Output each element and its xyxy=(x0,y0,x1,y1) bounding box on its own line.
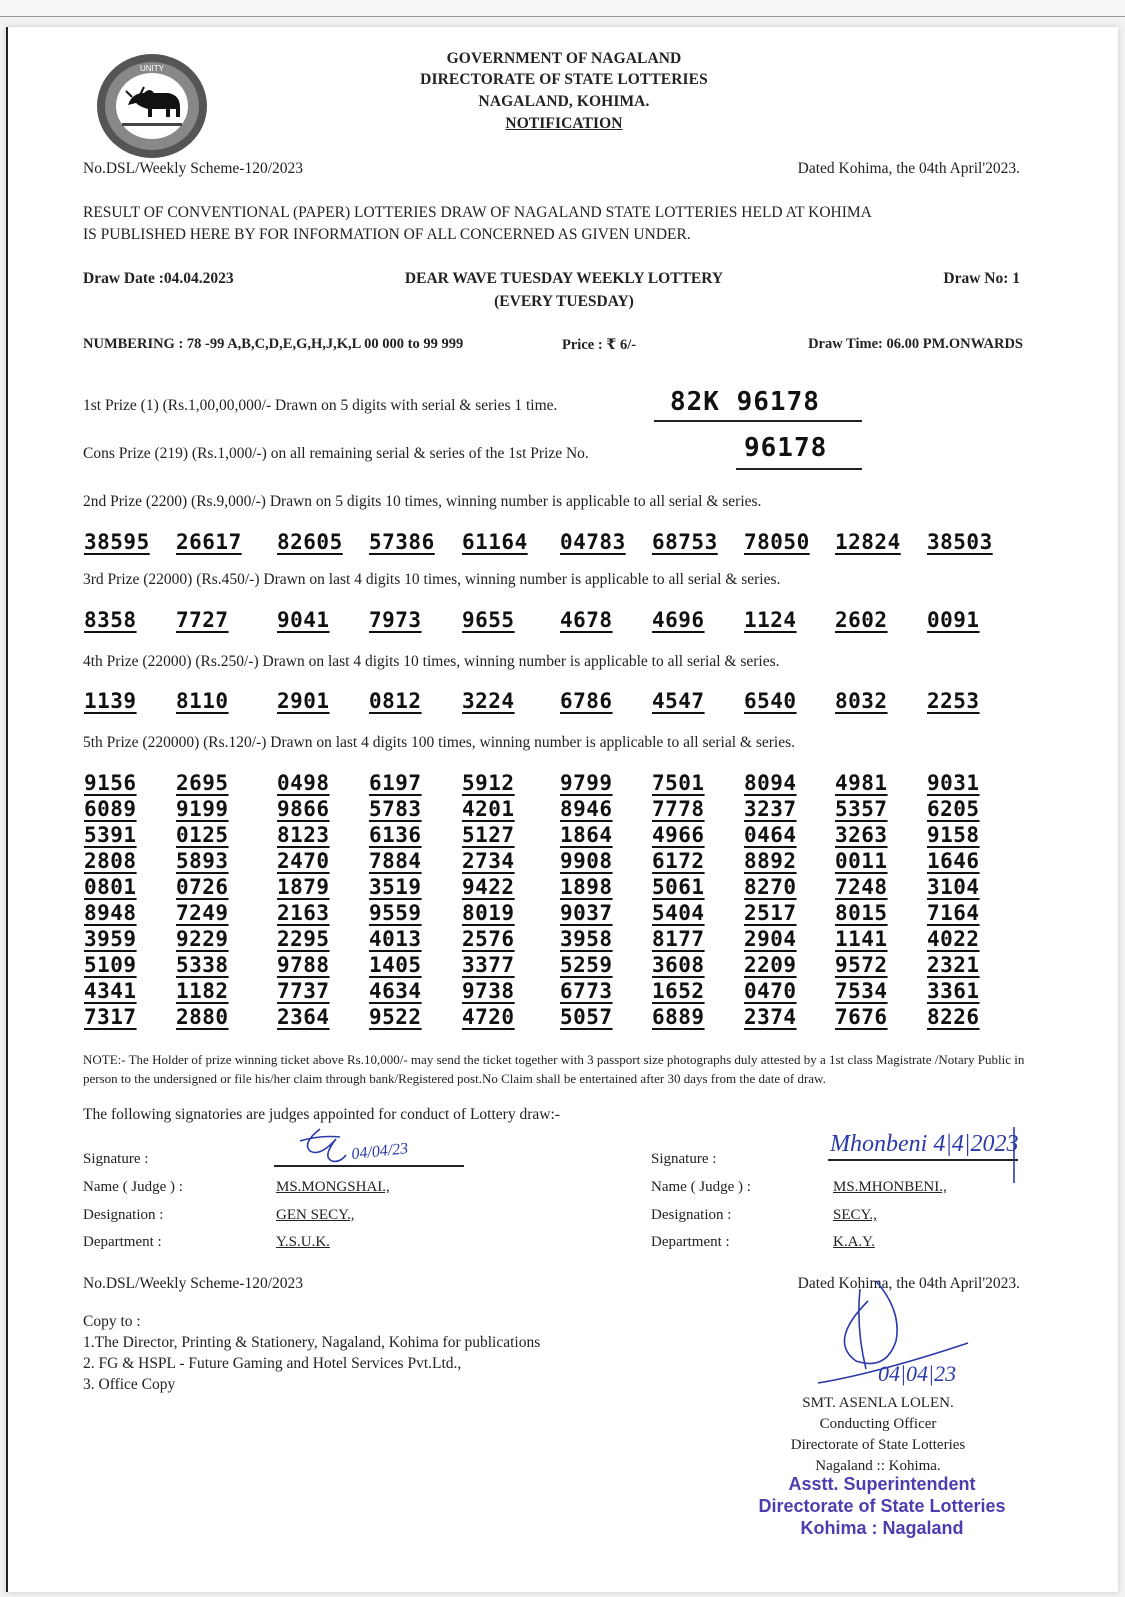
stamp-line-2: Directorate of State Lotteries xyxy=(722,1495,1042,1517)
cons-prize-underline xyxy=(736,468,862,470)
winning-number: 9158 xyxy=(927,823,980,847)
winning-number: 7501 xyxy=(652,771,705,795)
winning-number: 8110 xyxy=(176,689,229,713)
winning-number: 8226 xyxy=(927,1005,980,1029)
winning-number: 2253 xyxy=(927,689,980,713)
second-prize-numbers: 3859526617826055738661164047836875378050… xyxy=(84,530,1084,556)
fifth-prize-row: 3959922922954013257639588177290411414022 xyxy=(84,927,1084,953)
judge-1-name-label: Name ( Judge ) : xyxy=(83,1179,183,1196)
winning-number: 0801 xyxy=(84,875,137,899)
winning-number: 4022 xyxy=(927,927,980,951)
winning-number: 9738 xyxy=(462,979,515,1003)
winning-number: 1646 xyxy=(927,849,980,873)
winning-number: 8358 xyxy=(84,608,137,632)
winning-number: 2364 xyxy=(277,1005,330,1029)
second-prize-label: 2nd Prize (2200) (Rs.9,000/-) Drawn on 5… xyxy=(83,493,761,511)
judge-1-department-label: Department : xyxy=(83,1234,162,1251)
winning-number: 7727 xyxy=(176,608,229,632)
notification-document: UNITY GOVERNMENT OF NAGALAND DIRECTORATE… xyxy=(6,27,1118,1592)
winning-number: 4201 xyxy=(462,797,515,821)
judge-1-department: Y.S.U.K. xyxy=(276,1234,330,1251)
header-notification: NOTIFICATION xyxy=(8,115,1120,133)
reference-number: No.DSL/Weekly Scheme-120/2023 xyxy=(83,160,303,178)
winning-number: 2470 xyxy=(277,849,330,873)
winning-number: 5061 xyxy=(652,875,705,899)
winning-number: 2209 xyxy=(744,953,797,977)
winning-number: 6197 xyxy=(369,771,422,795)
fifth-prize-row: 5109533897881405337752593608220995722321 xyxy=(84,953,1084,979)
winning-number: 2734 xyxy=(462,849,515,873)
copy-to-item-3: 3. Office Copy xyxy=(83,1376,175,1394)
winning-number: 3263 xyxy=(835,823,888,847)
winning-number: 9866 xyxy=(277,797,330,821)
winning-number: 9229 xyxy=(176,927,229,951)
winning-number: 9156 xyxy=(84,771,137,795)
fifth-prize-row: 2808589324707884273499086172889200111646 xyxy=(84,849,1084,875)
winning-number: 2695 xyxy=(176,771,229,795)
officer-title: Conducting Officer xyxy=(748,1414,1008,1435)
winning-number: 7249 xyxy=(176,901,229,925)
winning-number: 2808 xyxy=(84,849,137,873)
winning-number: 5127 xyxy=(462,823,515,847)
winning-number: 9799 xyxy=(560,771,613,795)
winning-number: 26617 xyxy=(176,530,242,554)
winning-number: 7884 xyxy=(369,849,422,873)
footer-reference-number: No.DSL/Weekly Scheme-120/2023 xyxy=(83,1275,303,1293)
judge-2-department-label: Department : xyxy=(651,1234,730,1251)
winning-number: 4981 xyxy=(835,771,888,795)
winning-number: 4013 xyxy=(369,927,422,951)
fourth-prize-numbers: 1139811029010812322467864547654080322253 xyxy=(84,689,1084,715)
winning-number: 6089 xyxy=(84,797,137,821)
winning-number: 9572 xyxy=(835,953,888,977)
winning-number: 6172 xyxy=(652,849,705,873)
winning-number: 57386 xyxy=(369,530,435,554)
winning-number: 4678 xyxy=(560,608,613,632)
winning-number: 82605 xyxy=(277,530,343,554)
winning-number: 6773 xyxy=(560,979,613,1003)
winning-number: 12824 xyxy=(835,530,901,554)
winning-number: 2602 xyxy=(835,608,888,632)
winning-number: 1405 xyxy=(369,953,422,977)
intro-line-2: IS PUBLISHED HERE BY FOR INFORMATION OF … xyxy=(83,226,691,244)
winning-number: 38503 xyxy=(927,530,993,554)
winning-number: 68753 xyxy=(652,530,718,554)
winning-number: 2163 xyxy=(277,901,330,925)
winning-number: 9041 xyxy=(277,608,330,632)
judge-2-name-label: Name ( Judge ) : xyxy=(651,1179,751,1196)
winning-number: 4634 xyxy=(369,979,422,1003)
officer-signature: 04|04|23 xyxy=(808,1271,1008,1411)
winning-number: 4341 xyxy=(84,979,137,1003)
winning-number: 2321 xyxy=(927,953,980,977)
winning-number: 1879 xyxy=(277,875,330,899)
winning-number: 9908 xyxy=(560,849,613,873)
winning-number: 5109 xyxy=(84,953,137,977)
winning-number: 04783 xyxy=(560,530,626,554)
winning-number: 8032 xyxy=(835,689,888,713)
winning-number: 0498 xyxy=(277,771,330,795)
fifth-prize-row: 7317288023649522472050576889237476768226 xyxy=(84,1005,1084,1031)
cons-prize-label: Cons Prize (219) (Rs.1,000/-) on all rem… xyxy=(83,445,589,463)
winning-number: 3104 xyxy=(927,875,980,899)
winning-number: 2517 xyxy=(744,901,797,925)
winning-number: 38595 xyxy=(84,530,150,554)
winning-number: 3377 xyxy=(462,953,515,977)
fifth-prize-row: 8948724921639559801990375404251780157164 xyxy=(84,901,1084,927)
winning-number: 7973 xyxy=(369,608,422,632)
winning-number: 3519 xyxy=(369,875,422,899)
first-prize-underline xyxy=(654,420,862,422)
judge-1-designation: GEN SECY., xyxy=(276,1207,355,1224)
fourth-prize-label: 4th Prize (22000) (Rs.250/-) Drawn on la… xyxy=(83,653,780,671)
winning-number: 8177 xyxy=(652,927,705,951)
third-prize-numbers: 8358772790417973965546784696112426020091 xyxy=(84,608,1084,634)
official-stamp: Asstt. Superintendent Directorate of Sta… xyxy=(722,1473,1042,1539)
winning-number: 9788 xyxy=(277,953,330,977)
winning-number: 3361 xyxy=(927,979,980,1003)
judge-2-signature-label: Signature : xyxy=(651,1151,716,1168)
winning-number: 3224 xyxy=(462,689,515,713)
winning-number: 1898 xyxy=(560,875,613,899)
winning-number: 0091 xyxy=(927,608,980,632)
header-location: NAGALAND, KOHIMA. xyxy=(8,93,1120,111)
winning-number: 8270 xyxy=(744,875,797,899)
numbering-range: NUMBERING : 78 -99 A,B,C,D,E,G,H,J,K,L 0… xyxy=(83,336,463,353)
winning-number: 8948 xyxy=(84,901,137,925)
winning-number: 7317 xyxy=(84,1005,137,1029)
winning-number: 2904 xyxy=(744,927,797,951)
copy-to-label: Copy to : xyxy=(83,1313,141,1331)
svg-text:04|04|23: 04|04|23 xyxy=(878,1361,956,1386)
winning-number: 78050 xyxy=(744,530,810,554)
winning-number: 8946 xyxy=(560,797,613,821)
winning-number: 1864 xyxy=(560,823,613,847)
fifth-prize-row: 6089919998665783420189467778323753576205 xyxy=(84,797,1084,823)
winning-number: 3958 xyxy=(560,927,613,951)
judge-1-signature-label: Signature : xyxy=(83,1151,148,1168)
winning-number: 5404 xyxy=(652,901,705,925)
winning-number: 2374 xyxy=(744,1005,797,1029)
winning-number: 9522 xyxy=(369,1005,422,1029)
fifth-prize-row: 4341118277374634973867731652047075343361 xyxy=(84,979,1084,1005)
stamp-line-1: Asstt. Superintendent xyxy=(722,1473,1042,1495)
winning-number: 5338 xyxy=(176,953,229,977)
winning-number: 5783 xyxy=(369,797,422,821)
winning-number: 3237 xyxy=(744,797,797,821)
winning-number: 6786 xyxy=(560,689,613,713)
svg-text:Mhonbeni 4|4|2023: Mhonbeni 4|4|2023 xyxy=(829,1131,1019,1157)
winning-number: 7164 xyxy=(927,901,980,925)
ticket-price: Price : ₹ 6/- xyxy=(562,336,636,354)
winning-number: 0726 xyxy=(176,875,229,899)
winning-number: 5057 xyxy=(560,1005,613,1029)
winning-number: 5259 xyxy=(560,953,613,977)
winning-number: 5391 xyxy=(84,823,137,847)
fifth-prize-row: 9156269504986197591297997501809449819031 xyxy=(84,771,1084,797)
winning-number: 9655 xyxy=(462,608,515,632)
winning-number: 9037 xyxy=(560,901,613,925)
draw-time: Draw Time: 06.00 PM.ONWARDS xyxy=(808,336,1023,353)
winning-number: 9422 xyxy=(462,875,515,899)
first-prize-label: 1st Prize (1) (Rs.1,00,00,000/- Drawn on… xyxy=(83,397,557,415)
winning-number: 6540 xyxy=(744,689,797,713)
fifth-prize-row: 5391012581236136512718644966046432639158 xyxy=(84,823,1084,849)
winning-number: 9199 xyxy=(176,797,229,821)
winning-number: 8015 xyxy=(835,901,888,925)
dated-line: Dated Kohima, the 04th April'2023. xyxy=(798,160,1020,178)
header-directorate: DIRECTORATE OF STATE LOTTERIES xyxy=(8,71,1120,89)
winning-number: 3959 xyxy=(84,927,137,951)
officer-directorate: Directorate of State Lotteries xyxy=(748,1435,1008,1456)
winning-number: 6889 xyxy=(652,1005,705,1029)
winning-number: 1139 xyxy=(84,689,137,713)
judge-2-name: MS.MHONBENI., xyxy=(833,1179,947,1196)
header-government: GOVERNMENT OF NAGALAND xyxy=(8,50,1120,68)
viewer-top-bar xyxy=(0,0,1125,17)
winning-number: 0470 xyxy=(744,979,797,1003)
winning-number: 3608 xyxy=(652,953,705,977)
winning-number: 8094 xyxy=(744,771,797,795)
winning-number: 1652 xyxy=(652,979,705,1003)
officer-block: SMT. ASENLA LOLEN. Conducting Officer Di… xyxy=(748,1393,1008,1477)
winning-number: 6136 xyxy=(369,823,422,847)
first-prize-number: 82K 96178 xyxy=(670,387,820,417)
winning-number: 0125 xyxy=(176,823,229,847)
winning-number: 5357 xyxy=(835,797,888,821)
officer-name: SMT. ASENLA LOLEN. xyxy=(748,1393,1008,1414)
copy-to-item-1: 1.The Director, Printing & Stationery, N… xyxy=(83,1334,540,1352)
winning-number: 0011 xyxy=(835,849,888,873)
fifth-prize-label: 5th Prize (220000) (Rs.120/-) Drawn on l… xyxy=(83,734,795,752)
copy-to-item-2: 2. FG & HSPL - Future Gaming and Hotel S… xyxy=(83,1355,461,1373)
winning-number: 6205 xyxy=(927,797,980,821)
winning-number: 7534 xyxy=(835,979,888,1003)
winning-number: 8123 xyxy=(277,823,330,847)
winning-number: 2880 xyxy=(176,1005,229,1029)
judge-1-signature: 04/04/23 xyxy=(270,1121,470,1171)
third-prize-label: 3rd Prize (22000) (Rs.450/-) Drawn on la… xyxy=(83,571,780,589)
judge-1-designation-label: Designation : xyxy=(83,1207,163,1224)
judge-1-name: MS.MONGSHAI., xyxy=(276,1179,390,1196)
fifth-prize-row: 0801072618793519942218985061827072483104 xyxy=(84,875,1084,901)
winning-number: 8019 xyxy=(462,901,515,925)
winning-number: 9559 xyxy=(369,901,422,925)
stamp-line-3: Kohima : Nagaland xyxy=(722,1517,1042,1539)
winning-number: 1141 xyxy=(835,927,888,951)
winning-number: 4720 xyxy=(462,1005,515,1029)
winning-number: 9031 xyxy=(927,771,980,795)
intro-line-1: RESULT OF CONVENTIONAL (PAPER) LOTTERIES… xyxy=(83,204,872,222)
winning-number: 0464 xyxy=(744,823,797,847)
winning-number: 7676 xyxy=(835,1005,888,1029)
winning-number: 5893 xyxy=(176,849,229,873)
winning-number: 4696 xyxy=(652,608,705,632)
winning-number: 2901 xyxy=(277,689,330,713)
winning-number: 2576 xyxy=(462,927,515,951)
winning-number: 1124 xyxy=(744,608,797,632)
winning-number: 8892 xyxy=(744,849,797,873)
winning-number: 0812 xyxy=(369,689,422,713)
winning-number: 7778 xyxy=(652,797,705,821)
judge-2-signature: Mhonbeni 4|4|2023 xyxy=(826,1117,1096,1187)
winning-number: 4547 xyxy=(652,689,705,713)
winning-number: 5912 xyxy=(462,771,515,795)
winning-number: 4966 xyxy=(652,823,705,847)
winning-number: 61164 xyxy=(462,530,528,554)
cons-prize-number: 96178 xyxy=(744,433,827,463)
winning-number: 2295 xyxy=(277,927,330,951)
lottery-subtitle: (EVERY TUESDAY) xyxy=(8,293,1120,311)
winning-number: 7248 xyxy=(835,875,888,899)
draw-number: Draw No: 1 xyxy=(943,270,1020,288)
svg-text:04/04/23: 04/04/23 xyxy=(351,1140,409,1163)
claim-note: NOTE:- The Holder of prize winning ticke… xyxy=(83,1050,1043,1088)
winning-number: 1182 xyxy=(176,979,229,1003)
winning-number: 7737 xyxy=(277,979,330,1003)
judge-2-designation: SECY., xyxy=(833,1207,877,1224)
judge-2-department: K.A.Y. xyxy=(833,1234,875,1251)
judge-2-designation-label: Designation : xyxy=(651,1207,731,1224)
